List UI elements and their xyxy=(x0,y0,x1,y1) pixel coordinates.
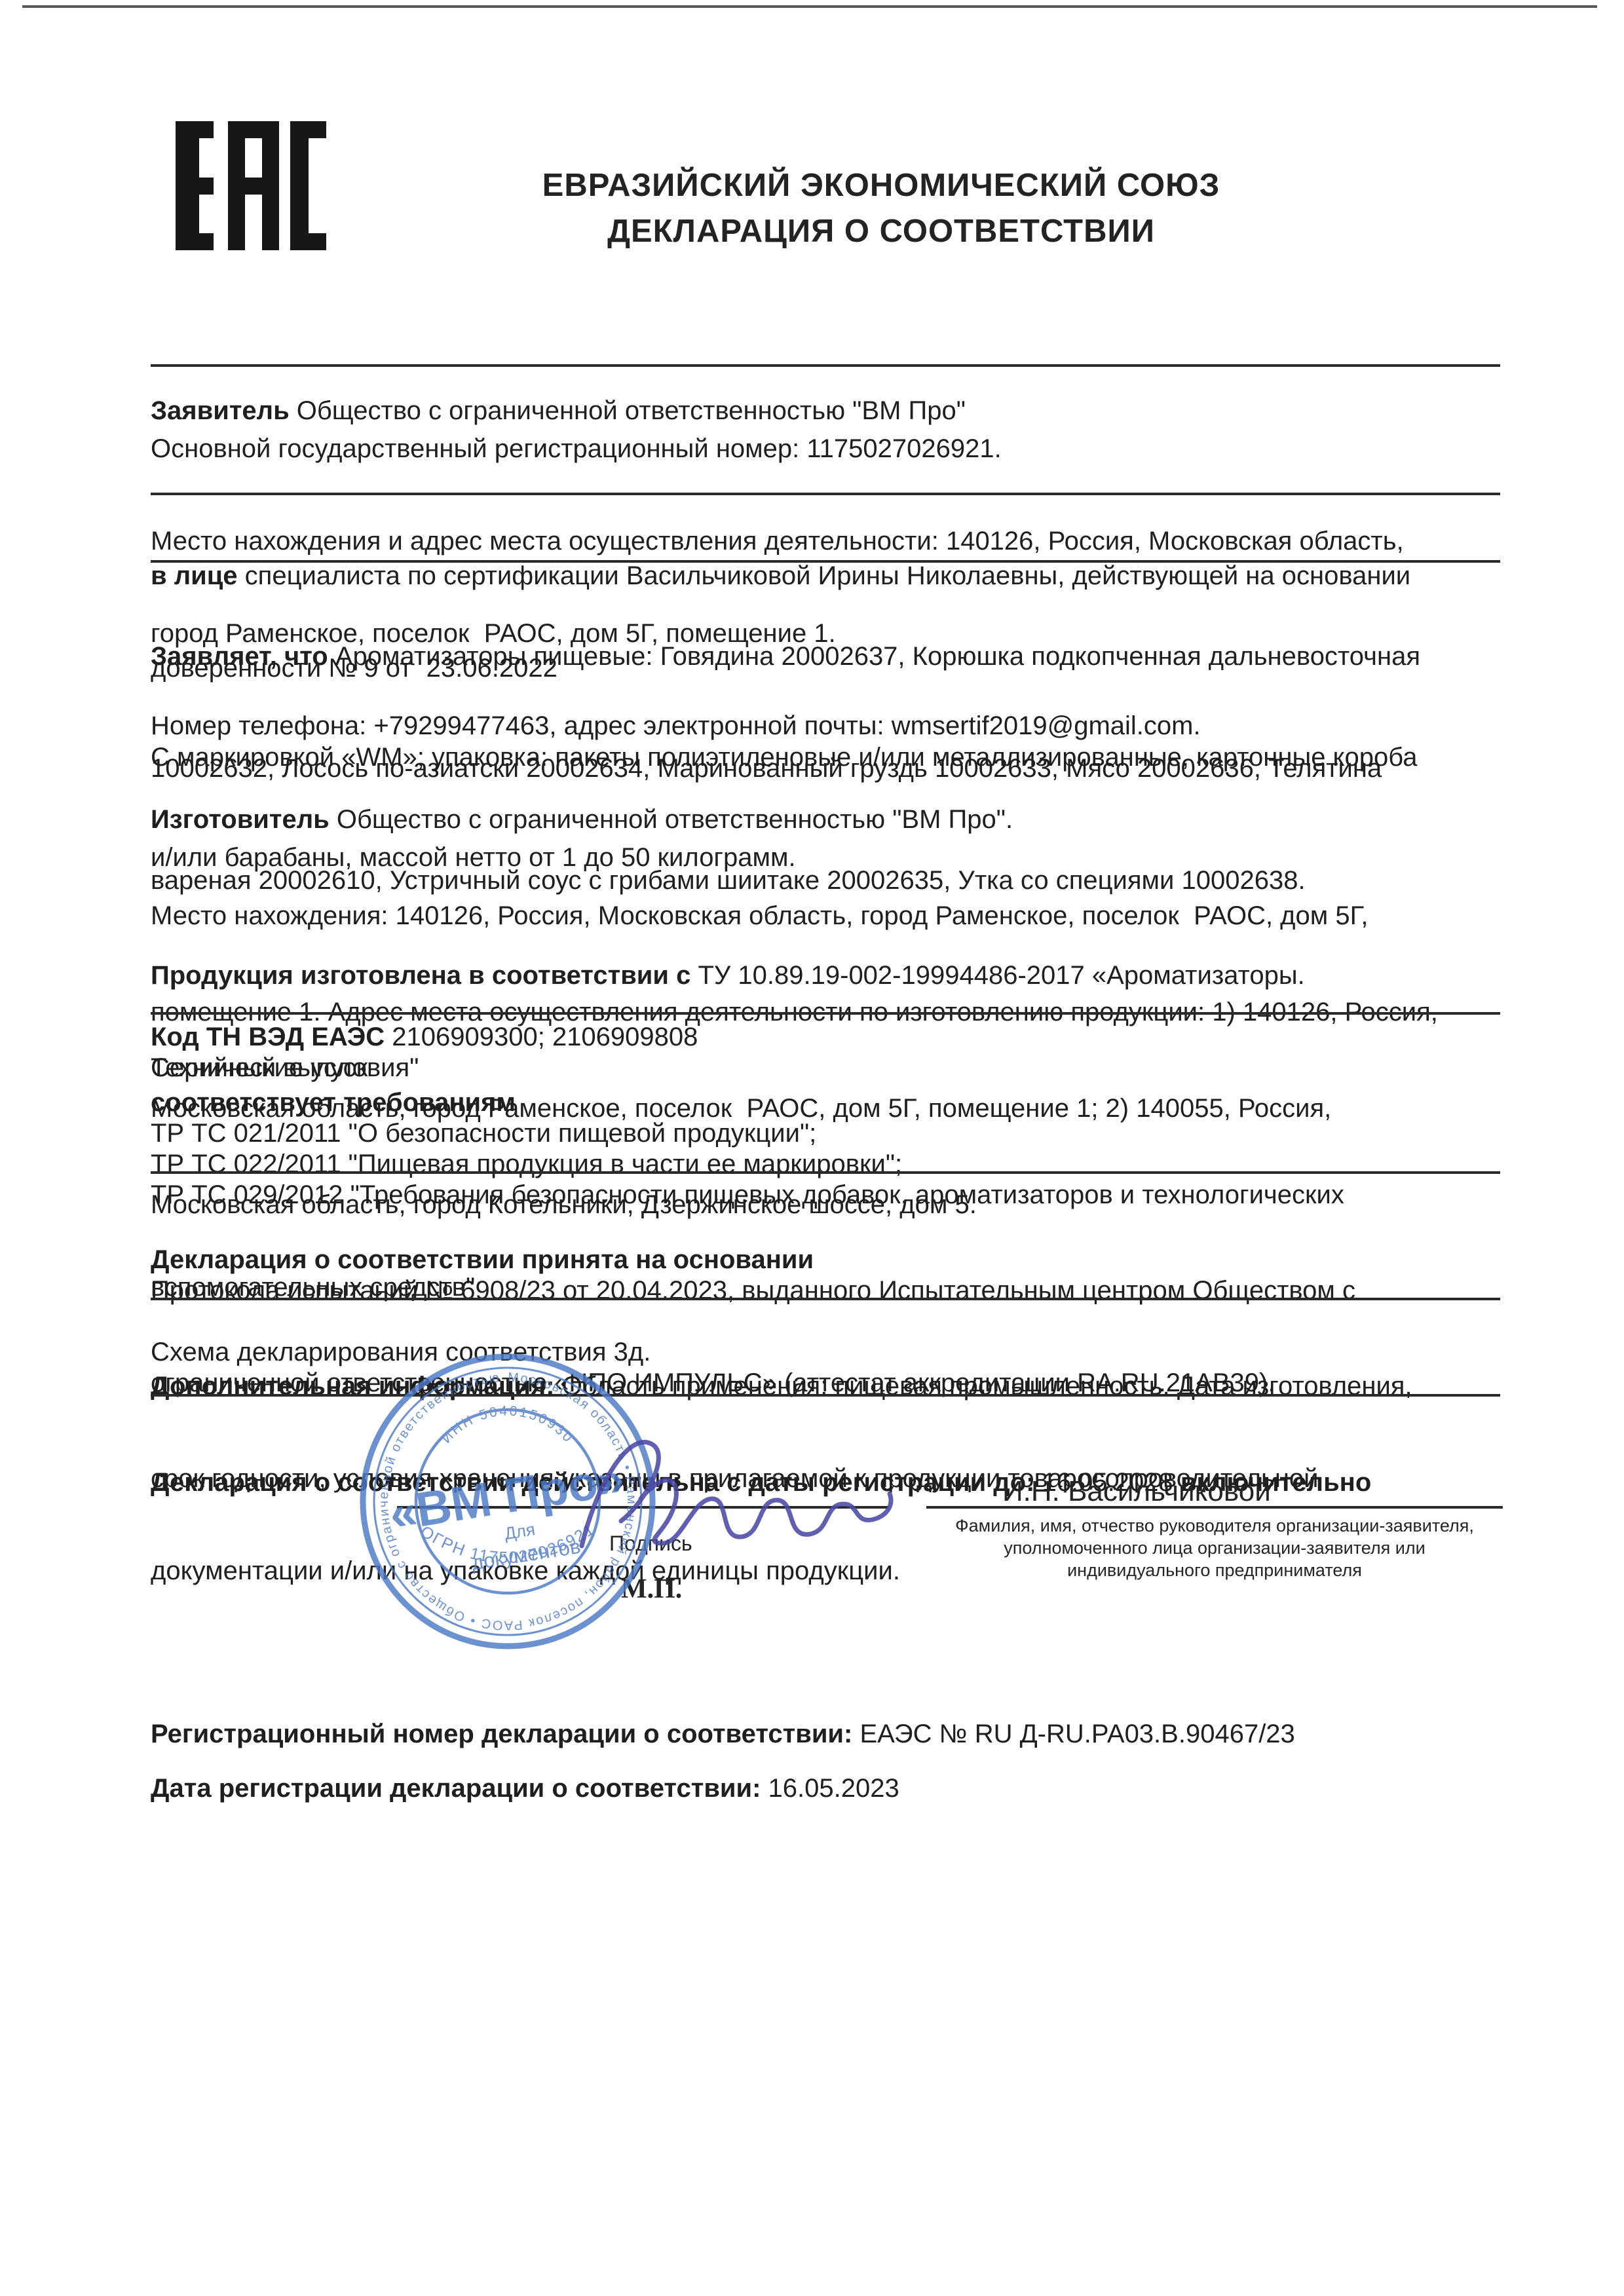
title-line-union: ЕВРАЗИЙСКИЙ ЭКОНОМИЧЕСКИЙ СОЮЗ xyxy=(423,162,1340,208)
signatory-name: И.Н. Васильчиковой xyxy=(1002,1475,1271,1508)
registration-date-label: Дата регистрации декларации о соответств… xyxy=(151,1774,761,1803)
manufacturer-label: Изготовитель xyxy=(151,805,330,834)
rule-after-regulations xyxy=(151,1171,1500,1174)
stamp-inn: ИНН 5040150930 xyxy=(439,1404,576,1446)
handwritten-signature xyxy=(563,1420,904,1577)
rule-after-applicant xyxy=(151,364,1500,367)
declaration-page: ЕВРАЗИЙСКИЙ ЭКОНОМИЧЕСКИЙ СОЮЗ ДЕКЛАРАЦИ… xyxy=(0,0,1624,2296)
signatory-caption: Фамилия, имя, отчество руководителя орга… xyxy=(926,1515,1503,1581)
title-line-declaration: ДЕКЛАРАЦИЯ О СООТВЕТСТВИИ xyxy=(423,208,1340,254)
text-line: Общество с ограниченной ответственностью… xyxy=(330,805,1013,834)
text-line: уполномоченного лица организации-заявите… xyxy=(926,1537,1503,1559)
text-line: Фамилия, имя, отчество руководителя орга… xyxy=(926,1515,1503,1537)
declares-label: Заявляет, что xyxy=(151,642,328,671)
stamp-for-line: Для xyxy=(503,1519,537,1543)
text-line: Ароматизаторы пищевые: Говядина 20002637… xyxy=(328,642,1420,671)
eac-logo xyxy=(176,121,326,251)
document-title: ЕВРАЗИЙСКИЙ ЭКОНОМИЧЕСКИЙ СОЮЗ ДЕКЛАРАЦИ… xyxy=(423,162,1340,254)
text-line: Основной государственный регистрационный… xyxy=(151,434,1510,464)
rule-after-contacts xyxy=(151,493,1500,495)
rule-after-serial xyxy=(151,1012,1500,1015)
registration-date-line: Дата регистрации декларации о соответств… xyxy=(151,1712,1510,1866)
rule-after-representative xyxy=(151,560,1500,563)
rule-after-basis xyxy=(151,1298,1500,1300)
registration-date-value: 16.05.2023 xyxy=(761,1774,899,1803)
scan-artifact-line xyxy=(22,5,1597,8)
rule-after-additional xyxy=(151,1394,1500,1397)
svg-text:ИНН 5040150930: ИНН 5040150930 xyxy=(439,1404,576,1446)
text-line: индивидуального предпринимателя xyxy=(926,1559,1503,1581)
